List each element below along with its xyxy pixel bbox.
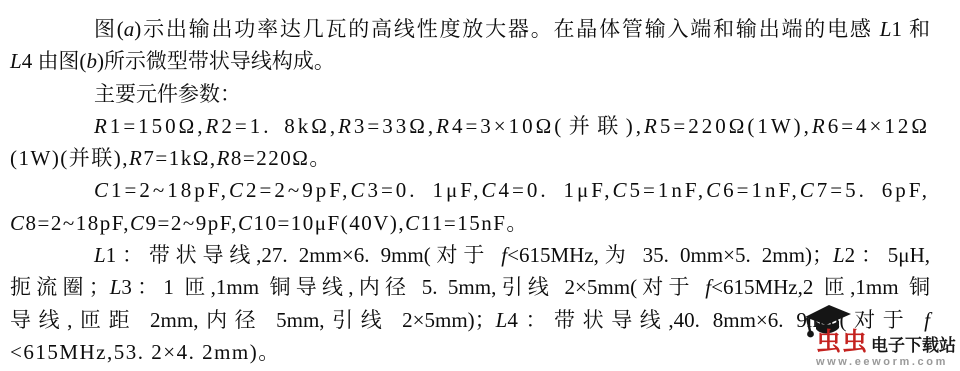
text-line: (1W)(并联),R7=1kΩ,R8=220Ω。 <box>10 142 930 174</box>
text-line: C8=2~18pF,C9=2~9pF,C10=10μF(40V),C11=15n… <box>10 207 930 239</box>
text-line: L4 由图(b)所示微型带状导线构成。 <box>10 45 930 77</box>
text-line: 导线,匝距 2mm,内径 5mm,引线 2×5mm)；L4：带状导线,40. 8… <box>10 304 930 336</box>
document-text: 图(a)示出输出功率达几瓦的高线性度放大器。在晶体管输入端和输出端的电感 L1 … <box>10 13 930 368</box>
text-line: 图(a)示出输出功率达几瓦的高线性度放大器。在晶体管输入端和输出端的电感 L1 … <box>10 13 930 45</box>
text-line: 扼流圈；L3：1 匝,1mm 铜导线,内径 5. 5mm,引线 2×5mm(对于… <box>10 271 930 303</box>
text-line: C1=2~18pF,C2=2~9pF,C3=0. 1μF,C4=0. 1μF,C… <box>10 174 930 206</box>
text-line: L1：带状导线,27. 2mm×6. 9mm(对于 f<615MHz,为 35.… <box>10 239 930 271</box>
text-line: R1=150Ω,R2=1. 8kΩ,R3=33Ω,R4=3×10Ω(并联),R5… <box>10 110 930 142</box>
text-line: <615MHz,53. 2×4. 2mm)。 <box>10 336 930 368</box>
text-line: 主要元件参数： <box>10 78 930 110</box>
